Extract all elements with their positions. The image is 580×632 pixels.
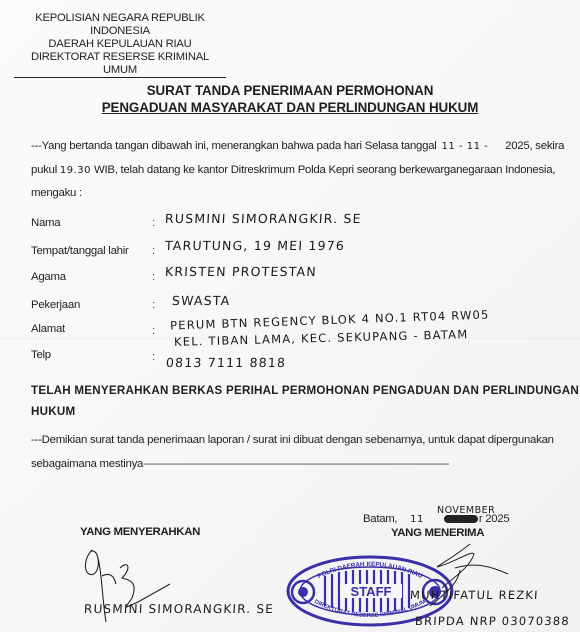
document-title-line-1: SURAT TANDA PENERIMAAN PERMOHONAN [0, 83, 580, 98]
colon: : [152, 271, 155, 283]
handwritten-day: 11 [410, 514, 424, 525]
letterhead-line-1: KEPOLISIAN NEGARA REPUBLIK INDONESIA [14, 12, 226, 38]
letterhead-line-2: DAERAH KEPULAUAN RIAU [14, 38, 226, 51]
colon: : [152, 299, 155, 311]
field-value-agama: KRISTEN PROTESTAN [165, 264, 318, 279]
submitter-name: RUSMINI SIMORANGKIR. SE [84, 602, 275, 616]
letterhead: KEPOLISIAN NEGARA REPUBLIK INDONESIA DAE… [14, 12, 226, 78]
intro-text-1: ---Yang bertanda tangan dibawah ini, men… [31, 140, 437, 152]
field-value-pekerjaan: SWASTA [172, 293, 231, 308]
declaration-line-1: TELAH MENYERAHKAN BERKAS PERIHAL PERMOHO… [31, 384, 579, 397]
crossed-out-month [444, 515, 478, 523]
field-label-agama: Agama [31, 271, 66, 283]
field-value-telp: 0813 7111 8818 [166, 355, 287, 370]
closing-text: sebagaimana mestinya [31, 458, 143, 470]
field-label-telp: Telp [31, 349, 51, 361]
colon: : [152, 351, 155, 363]
place-date: Batam, 11r 2025 [363, 513, 509, 525]
receiver-name: MUHTIFATUL REZKI [410, 588, 539, 602]
field-label-alamat: Alamat [31, 323, 65, 335]
closing-line-1: ---Demikian surat tanda penerimaan lapor… [31, 434, 554, 446]
document-page: KEPOLISIAN NEGARA REPUBLIK INDONESIA DAE… [0, 0, 580, 632]
receiver-rank-nrp: BRIPDA NRP 03070388 [415, 614, 571, 628]
intro-line-3: mengaku : [31, 187, 82, 199]
intro-text-2: WIB, telah datang ke kantor Ditreskrimum… [94, 164, 555, 176]
intro-line-1: ---Yang bertanda tangan dibawah ini, men… [31, 140, 564, 152]
intro-year: 2025, sekira [505, 140, 564, 152]
field-value-nama: RUSMINI SIMORANGKIR. SE [165, 211, 363, 226]
closing-line-2: sebagaimana mestinya--------------------… [31, 458, 449, 470]
field-label-pekerjaan: Pekerjaan [31, 299, 80, 311]
field-value-tempat-tanggal-lahir: TARUTUNG, 19 MEI 1976 [165, 238, 346, 253]
colon: : [152, 245, 155, 257]
declaration-line-2: HUKUM [31, 405, 75, 418]
field-label-tempat-tanggal-lahir: Tempat/tanggal lahir [31, 245, 129, 257]
submitter-label: YANG MENYERAHKAN [80, 526, 200, 538]
colon: : [152, 325, 155, 337]
receiver-label: YANG MENERIMA [391, 527, 484, 539]
pukul-label: pukul [31, 164, 57, 176]
letterhead-line-3: DIREKTORAT RESERSE KRIMINAL UMUM [14, 51, 226, 78]
colon: : [152, 217, 155, 229]
stamp-center-text: STAFF [351, 584, 392, 599]
handwritten-time: 19.30 [60, 165, 91, 176]
handwritten-date: 11 - 11 - [442, 141, 489, 152]
closing-dashes: ----------------------------------------… [143, 458, 449, 470]
intro-line-2: pukul 19.30 WIB, telah datang ke kantor … [31, 164, 555, 176]
document-title-line-2: PENGADUAN MASYARAKAT DAN PERLINDUNGAN HU… [0, 100, 580, 115]
place: Batam, [363, 513, 397, 525]
month-suffix-year: r 2025 [479, 513, 510, 525]
field-label-nama: Nama [31, 217, 60, 229]
